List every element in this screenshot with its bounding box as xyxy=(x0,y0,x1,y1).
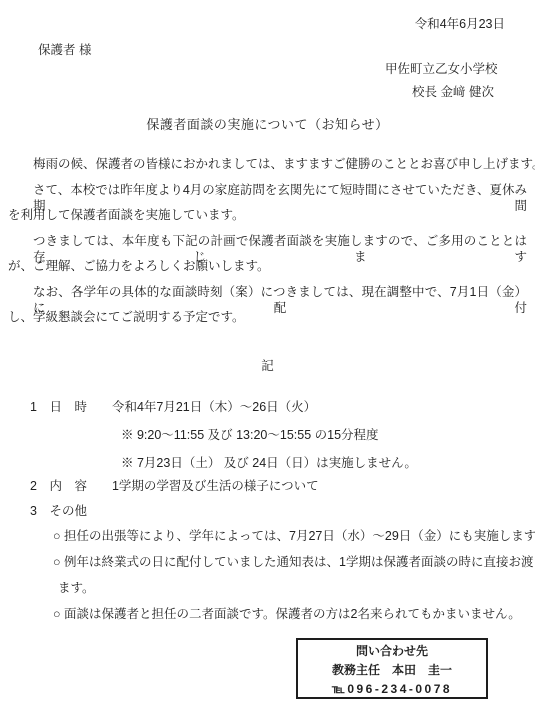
body-line: が、ご理解、ご協力をよろしくお願いします。 xyxy=(8,258,527,274)
contact-box: 問い合わせ先 教務主任 本田 圭一 ℡096-234-0078 xyxy=(296,638,488,699)
other-bullet: ○ 例年は終業式の日に配付していました通知表は、1学期は保護者面談の時に直接お渡… xyxy=(53,554,535,570)
notice-document-page: 令和4年6月23日 保護者 様 甲佐町立乙女小学校 校長 金﨑 健次 保護者面談… xyxy=(0,0,535,721)
body-line: を利用して保護者面談を実施しています。 xyxy=(8,207,527,223)
item-datetime-note: ※ 9:20～11:55 及び 13:20～15:55 の15分程度 xyxy=(121,427,379,443)
item-other: 3 その他 xyxy=(30,503,87,519)
contact-person: 教務主任 本田 圭一 xyxy=(298,661,486,680)
other-bullet-continuation: ます。 xyxy=(58,580,95,596)
recipient: 保護者 様 xyxy=(38,42,91,58)
other-bullet: ○ 担任の出張等により、学年によっては、7月27日（水）～29日（金）にも実施し… xyxy=(53,528,535,544)
other-bullet: ○ 面談は保護者と担任の二者面談です。保護者の方は2名来られてもかまいません。 xyxy=(53,606,521,622)
contact-phone: ℡096-234-0078 xyxy=(298,680,486,699)
document-title: 保護者面談の実施について（お知らせ） xyxy=(0,117,535,133)
body-line: つきましては、本年度も下記の計画で保護者面談を実施しますので、ご多用のこととは存… xyxy=(8,233,527,249)
contact-heading: 問い合わせ先 xyxy=(298,642,486,661)
body-line: 梅雨の候、保護者の皆様におかれましては、ますますご健勝のこととお喜び申し上げます… xyxy=(8,156,527,172)
principal-name: 校長 金﨑 健次 xyxy=(412,84,494,100)
item-datetime: 1 日 時 令和4年7月21日（木）～26日（火） xyxy=(30,399,316,415)
item-content: 2 内 容 1学期の学習及び生活の様子について xyxy=(30,478,319,494)
body-line: なお、各学年の具体的な面談時刻（案）につきましては、現在調整中で、7月1日（金）… xyxy=(8,284,527,300)
issue-date: 令和4年6月23日 xyxy=(415,16,505,32)
body-line: し、学級懇談会にてご説明する予定です。 xyxy=(8,309,527,325)
school-name: 甲佐町立乙女小学校 xyxy=(385,61,498,77)
record-marker: 記 xyxy=(0,358,535,374)
item-datetime-note: ※ 7月23日（土） 及び 24日（日）は実施しません。 xyxy=(121,455,417,471)
body-line: さて、本校では昨年度より4月の家庭訪問を玄関先にて短時間にさせていただき、夏休み… xyxy=(8,182,527,198)
